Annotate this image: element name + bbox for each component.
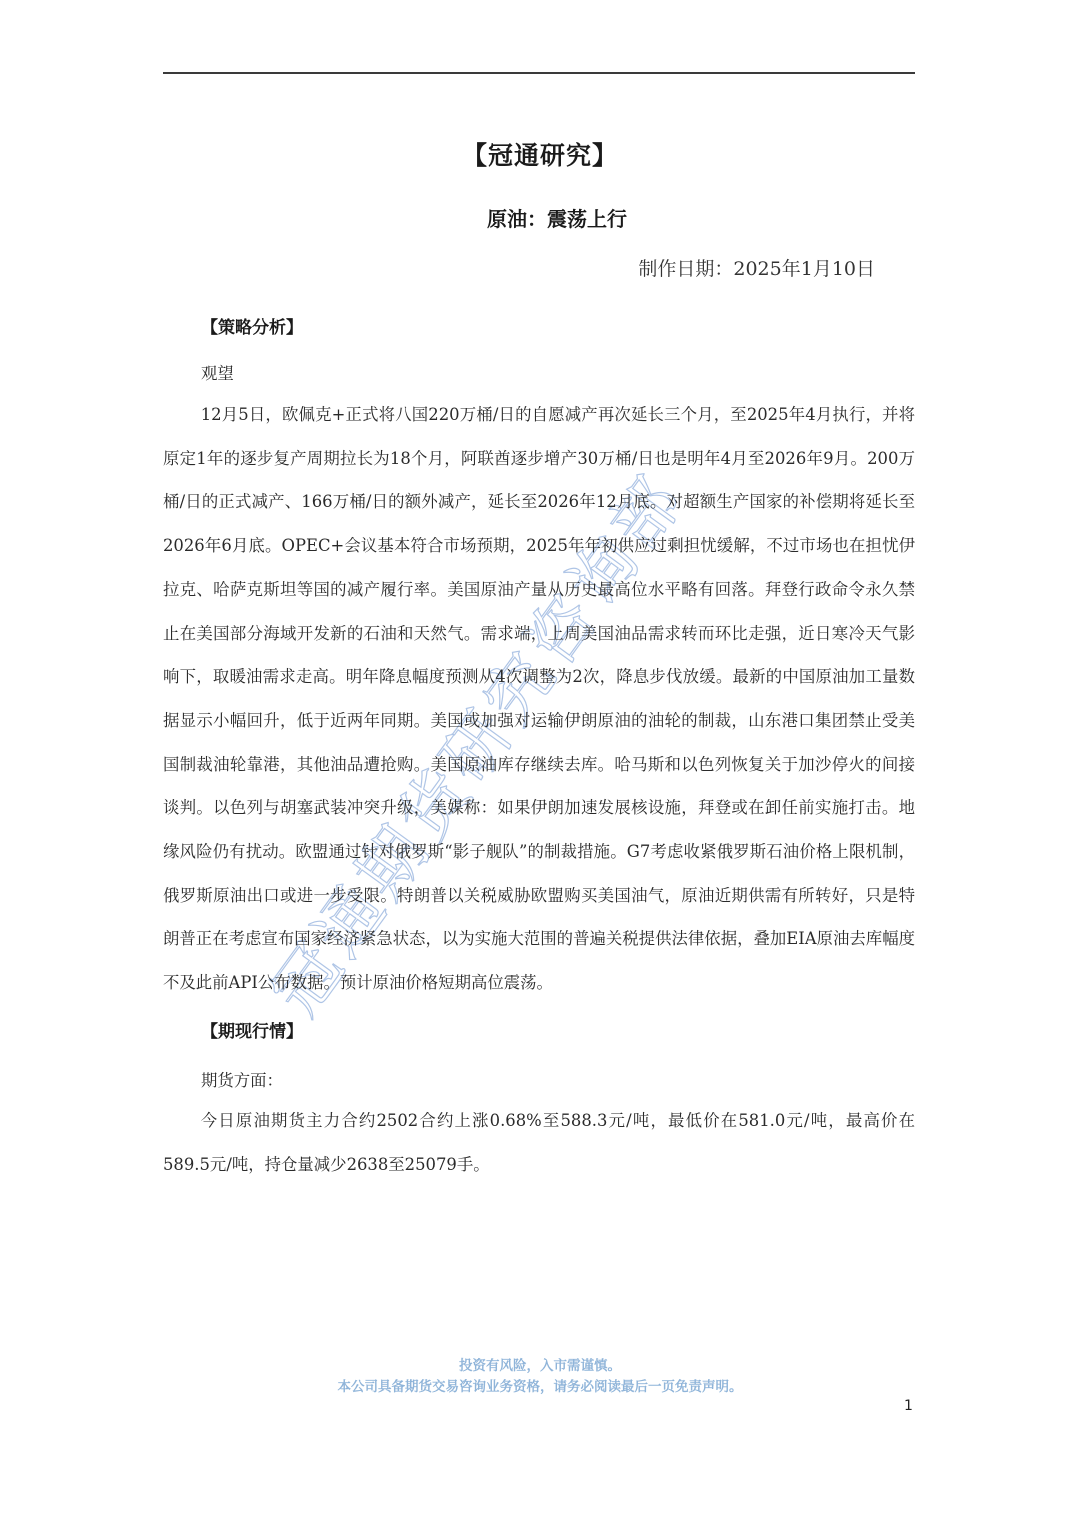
strategy-recommendation: 观望: [201, 360, 234, 384]
section-heading-strategy: 【策略分析】: [201, 313, 303, 338]
section-heading-market: 【期现行情】: [201, 1017, 303, 1042]
page-number: 1: [904, 1398, 913, 1414]
futures-label: 期货方面：: [201, 1067, 283, 1091]
report-date: 制作日期：2025年1月10日: [638, 254, 875, 281]
header-rule: [163, 72, 915, 74]
qualification-notice: 本公司具备期货交易咨询业务资格，请务必阅读最后一页免责声明。: [0, 1375, 1080, 1395]
strategy-analysis-paragraph: 12月5日，欧佩克+正式将八国220万桶/日的自愿减产再次延长三个月，至2025…: [163, 393, 915, 1005]
risk-warning: 投资有风险，入市需谨慎。: [0, 1354, 1080, 1374]
futures-market-paragraph: 今日原油期货主力合约2502合约上涨0.68%至588.3元/吨，最低价在581…: [163, 1099, 915, 1186]
report-title: 原油：震荡上行: [0, 203, 1080, 232]
report-page: 冠通期货研究咨询部 【冠通研究】 原油：震荡上行 制作日期：2025年1月10日…: [0, 0, 1080, 1526]
report-header: 【冠通研究】: [0, 136, 1080, 172]
